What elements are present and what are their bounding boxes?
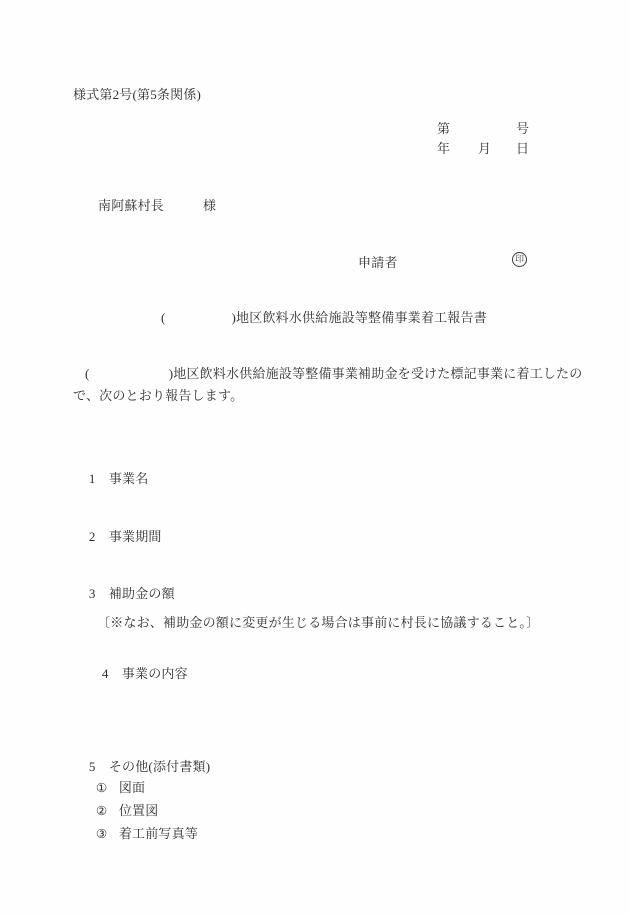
item-subsidy-amount: 3補助金の額: [75, 574, 175, 613]
addressee-honorific: 様: [203, 199, 216, 212]
attachment-label: 着工前写真等: [119, 826, 198, 841]
date-month-label: 月: [478, 142, 491, 155]
applicant-label: 申請者: [358, 256, 398, 269]
subsidy-note: 〔※なお、補助金の額に変更が生じる場合は事前に村長に協議すること。〕: [97, 616, 539, 629]
form-number: 様式第2号(第5条関係): [73, 88, 201, 101]
item-number: 3: [89, 587, 109, 600]
addressee-name: 南阿蘇村長: [98, 199, 164, 212]
doc-number-prefix: 第: [437, 122, 450, 135]
item-project-name: 1事業名: [75, 459, 148, 498]
document-page: 様式第2号(第5条関係) 第 号 年 月 日 南阿蘇村長 様 申請者 印 ( )…: [0, 0, 630, 915]
body-paragraph-line1: ( )地区飲料水供給施設等整備事業補助金を受けた標記事業に着工したの: [85, 367, 582, 380]
document-title: ( )地区飲料水供給施設等整備事業着工報告書: [161, 311, 487, 324]
item-number: 1: [89, 472, 109, 485]
seal-character: 印: [515, 255, 524, 264]
attachment-pre-construction-photos: ③着工前写真等: [82, 814, 198, 854]
item-project-period: 2事業期間: [75, 517, 162, 556]
item-label: 事業の内容: [122, 666, 188, 681]
item-project-details: 4事業の内容: [88, 654, 188, 693]
item-label: 事業期間: [109, 529, 162, 544]
date-year-label: 年: [437, 142, 450, 155]
item-label: 補助金の額: [109, 586, 175, 601]
item-label: 事業名: [109, 471, 149, 486]
seal-icon: 印: [512, 252, 527, 267]
item-number: 4: [102, 667, 122, 680]
item-number: 2: [89, 530, 109, 543]
circled-3-icon: ③: [96, 828, 119, 841]
doc-number-suffix: 号: [516, 122, 529, 135]
body-paragraph-line2: で、次のとおり報告します。: [73, 389, 243, 402]
date-day-label: 日: [516, 142, 529, 155]
